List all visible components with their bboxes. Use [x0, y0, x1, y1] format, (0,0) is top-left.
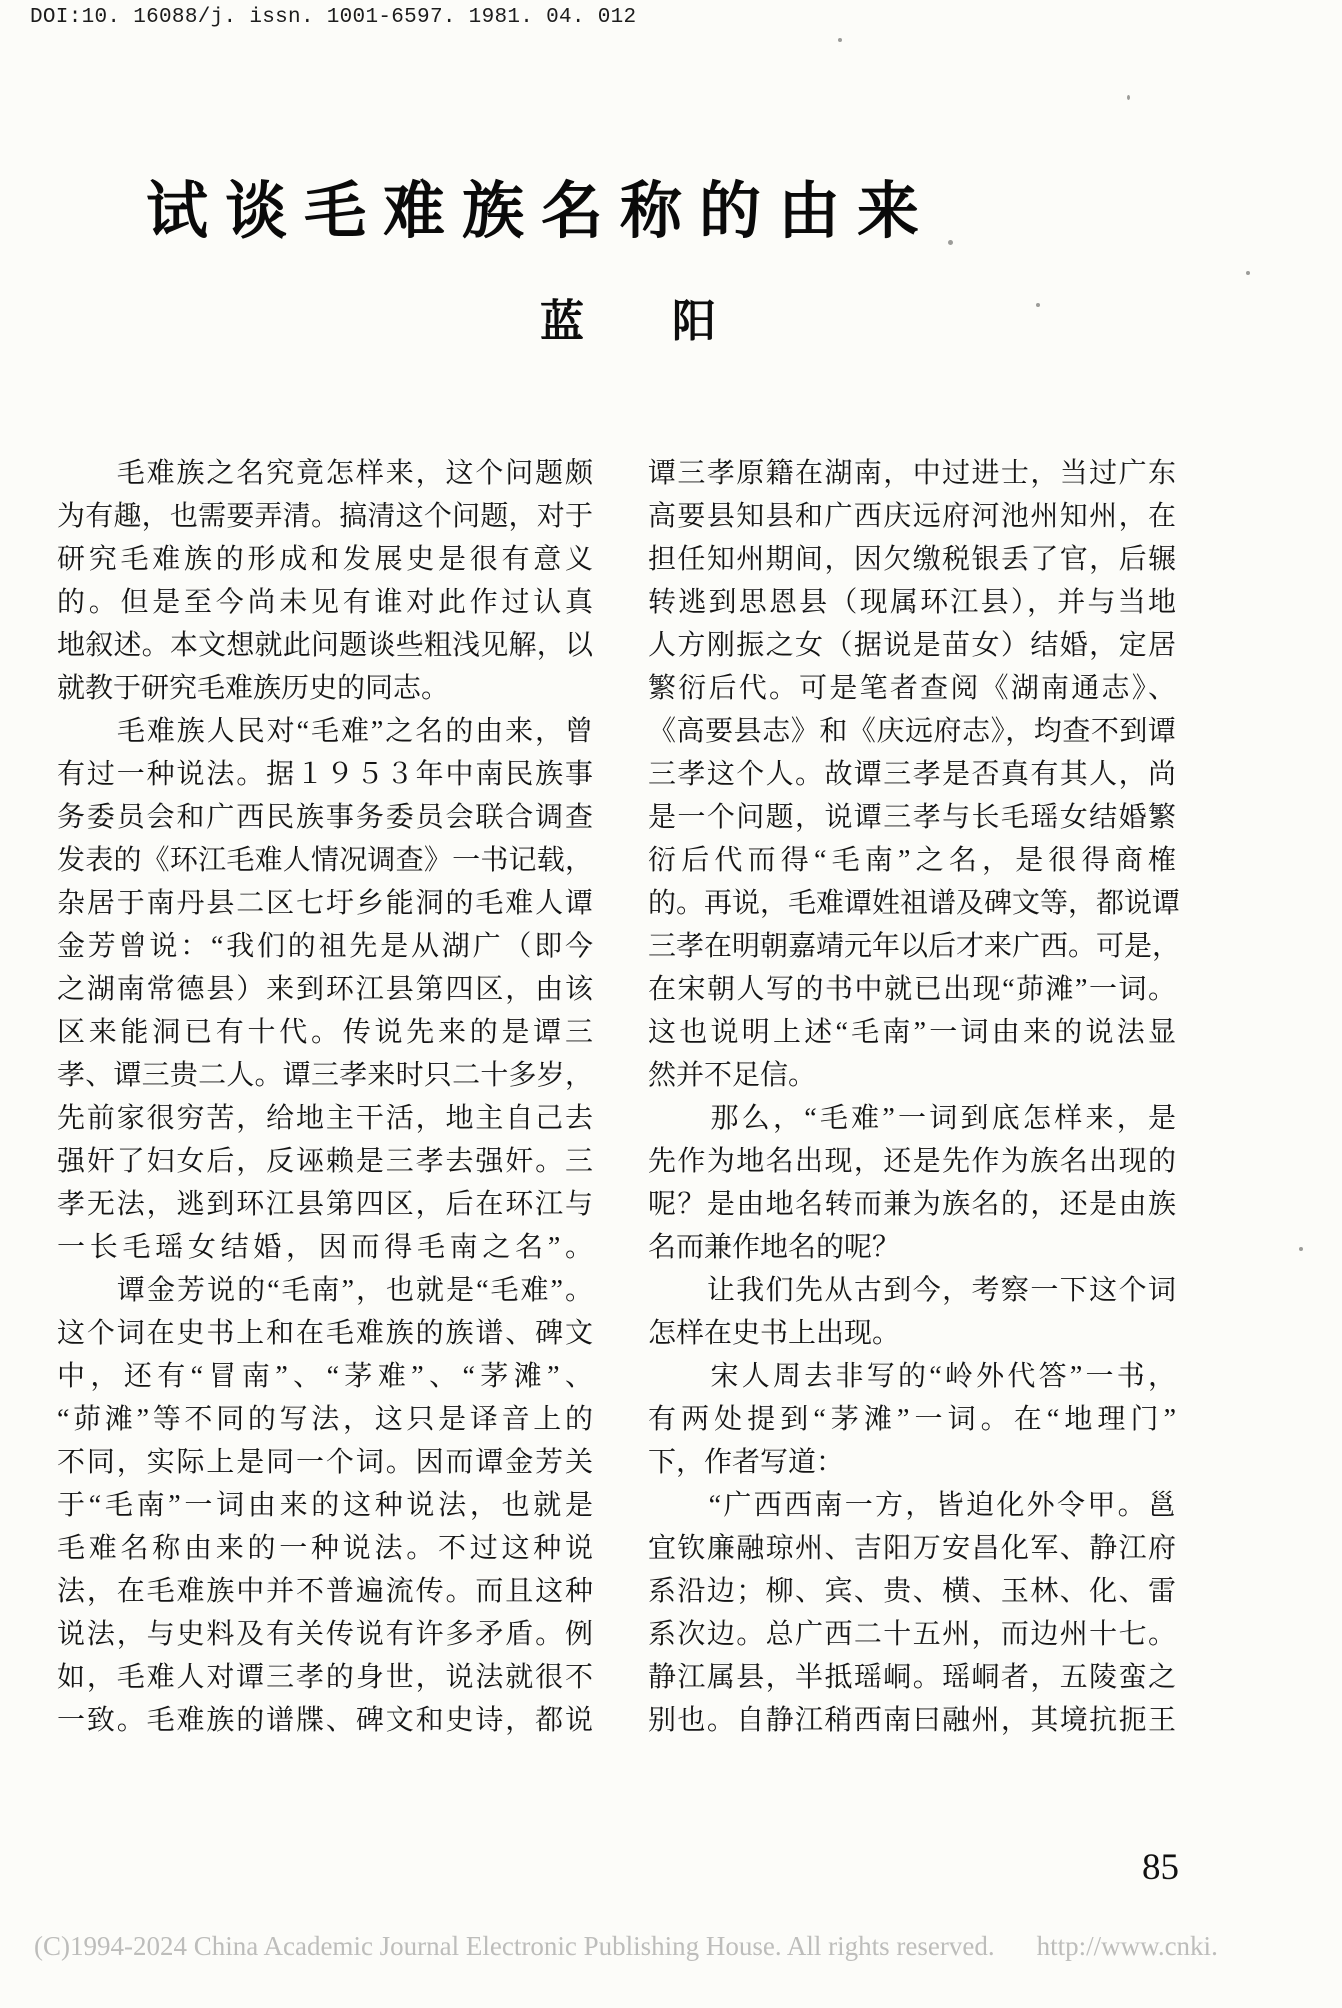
- text-line: 发表的《环江毛难人情况调查》一书记载，: [57, 839, 593, 882]
- text-line: 金芳曾说：“我们的祖先是从湖广（即今: [57, 925, 593, 968]
- text-line: 如，毛难人对谭三孝的身世，说法就很不: [57, 1656, 593, 1699]
- text-line: 法，在毛难族中并不普遍流传。而且这种: [57, 1570, 593, 1613]
- scan-speck: [838, 38, 842, 42]
- scan-speck: [1299, 1247, 1303, 1251]
- text-line: 别也。自静江稍西南曰融州，其境抗扼王: [648, 1699, 1176, 1742]
- text-line: 先前家很穷苦，给地主干活，地主自己去: [57, 1097, 593, 1140]
- text-line: 之湖南常德县）来到环江县第四区，由该: [57, 968, 593, 1011]
- text-line: 呢？是由地名转而兼为族名的，还是由族: [648, 1183, 1176, 1226]
- text-line: 毛难名称由来的一种说法。不过这种说: [57, 1527, 593, 1570]
- text-line: 强奸了妇女后，反诬赖是三孝去强奸。三: [57, 1140, 593, 1183]
- text-column-left: 毛难族之名究竟怎样来，这个问题颇为有趣，也需要弄清。搞清这个问题，对于研究毛难族…: [57, 452, 593, 1742]
- text-line: 转逃到思恩县（现属环江县），并与当地: [648, 581, 1176, 624]
- text-line: 毛难族人民对“毛难”之名的由来，曾: [57, 710, 593, 753]
- text-line: “茆滩”等不同的写法，这只是译音上的: [57, 1398, 593, 1441]
- text-line: 务委员会和广西民族事务委员会联合调查: [57, 796, 593, 839]
- text-line: 然并不足信。: [648, 1054, 1176, 1097]
- footer-url: http://www.cnki.: [1037, 1931, 1218, 1961]
- text-line: 地叙述。本文想就此问题谈些粗浅见解，以: [57, 624, 593, 667]
- scan-speck: [1127, 95, 1130, 100]
- text-line: 宜钦廉融琼州、吉阳万安昌化军、静江府: [648, 1527, 1176, 1570]
- text-line: 谭三孝原籍在湖南，中过进士，当过广东: [648, 452, 1176, 495]
- text-line: 静江属县，半抵瑶峒。瑶峒者，五陵蛮之: [648, 1656, 1176, 1699]
- text-line: 下，作者写道：: [648, 1441, 1176, 1484]
- text-line: 这个词在史书上和在毛难族的族谱、碑文: [57, 1312, 593, 1355]
- text-line: 研究毛难族的形成和发展史是很有意义: [57, 538, 593, 581]
- text-line: 的。再说，毛难谭姓祖谱及碑文等，都说谭: [648, 882, 1176, 925]
- text-line: 人方刚振之女（据说是苗女）结婚，定居: [648, 624, 1176, 667]
- text-line: 于“毛南”一词由来的这种说法，也就是: [57, 1484, 593, 1527]
- text-line: 三孝在明朝嘉靖元年以后才来广西。可是，: [648, 925, 1176, 968]
- page-number: 85: [1142, 1846, 1179, 1890]
- text-line: 的。但是至今尚未见有谁对此作过认真: [57, 581, 593, 624]
- text-line: 为有趣，也需要弄清。搞清这个问题，对于: [57, 495, 593, 538]
- text-line: 毛难族之名究竟怎样来，这个问题颇: [57, 452, 593, 495]
- text-line: “广西西南一方，皆迫化外令甲。邕: [648, 1484, 1176, 1527]
- text-line: 一致。毛难族的谱牒、碑文和史诗，都说: [57, 1699, 593, 1742]
- copyright-footer: (C)1994-2024 China Academic Journal Elec…: [34, 1930, 1342, 1962]
- text-line: 是一个问题，说谭三孝与长毛瑶女结婚繁: [648, 796, 1176, 839]
- text-line: 说法，与史料及有关传说有许多矛盾。例: [57, 1613, 593, 1656]
- text-column-right: 谭三孝原籍在湖南，中过进士，当过广东高要县知县和广西庆远府河池州知州，在担任知州…: [648, 452, 1176, 1742]
- text-line: 有两处提到“茅滩”一词。在“地理门”: [648, 1398, 1176, 1441]
- scan-speck: [1246, 271, 1250, 275]
- text-line: 《高要县志》和《庆远府志》，均查不到谭: [648, 710, 1176, 753]
- text-line: 让我们先从古到今，考察一下这个词: [648, 1269, 1176, 1312]
- text-line: 担任知州期间，因欠缴税银丢了官，后辗: [648, 538, 1176, 581]
- text-line: 杂居于南丹县二区七圩乡能洞的毛难人谭: [57, 882, 593, 925]
- text-line: 那么，“毛难”一词到底怎样来，是: [648, 1097, 1176, 1140]
- text-line: 系沿边；柳、宾、贵、横、玉林、化、雷: [648, 1570, 1176, 1613]
- text-line: 怎样在史书上出现。: [648, 1312, 1176, 1355]
- text-line: 名而兼作地名的呢？: [648, 1226, 1176, 1269]
- text-line: 繁衍后代。可是笔者查阅《湖南通志》、: [648, 667, 1176, 710]
- text-line: 就教于研究毛难族历史的同志。: [57, 667, 593, 710]
- article-author: 蓝 阳: [540, 300, 716, 344]
- text-line: 先作为地名出现，还是先作为族名出现的: [648, 1140, 1176, 1183]
- text-line: 孝、谭三贵二人。谭三孝来时只二十多岁，: [57, 1054, 593, 1097]
- text-line: 有过一种说法。据１９５３年中南民族事: [57, 753, 593, 796]
- text-line: 宋人周去非写的“岭外代答”一书，: [648, 1355, 1176, 1398]
- text-line: 系次边。总广西二十五州，而边州十七。: [648, 1613, 1176, 1656]
- text-line: 中，还有“冒南”、“茅难”、“茅滩”、: [57, 1355, 593, 1398]
- text-line: 孝无法，逃到环江县第四区，后在环江与: [57, 1183, 593, 1226]
- text-line: 高要县知县和广西庆远府河池州知州，在: [648, 495, 1176, 538]
- scanned-journal-page: DOI:10. 16088/j. issn. 1001-6597. 1981. …: [0, 0, 1342, 2008]
- copyright-text: (C)1994-2024 China Academic Journal Elec…: [34, 1931, 995, 1961]
- text-line: 三孝这个人。故谭三孝是否真有其人，尚: [648, 753, 1176, 796]
- text-line: 衍后代而得“毛南”之名，是很得商榷: [648, 839, 1176, 882]
- text-line: 谭金芳说的“毛南”，也就是“毛难”。: [57, 1269, 593, 1312]
- text-line: 在宋朝人写的书中就已出现“茆滩”一词。: [648, 968, 1176, 1011]
- text-line: 一长毛瑶女结婚，因而得毛南之名”。: [57, 1226, 593, 1269]
- scan-speck: [948, 240, 953, 245]
- text-line: 这也说明上述“毛南”一词由来的说法显: [648, 1011, 1176, 1054]
- article-title: 试谈毛难族名称的由来: [146, 180, 936, 242]
- scan-speck: [1036, 303, 1040, 307]
- text-line: 不同，实际上是同一个词。因而谭金芳关: [57, 1441, 593, 1484]
- text-line: 区来能洞已有十代。传说先来的是谭三: [57, 1011, 593, 1054]
- doi-line: DOI:10. 16088/j. issn. 1001-6597. 1981. …: [30, 6, 636, 29]
